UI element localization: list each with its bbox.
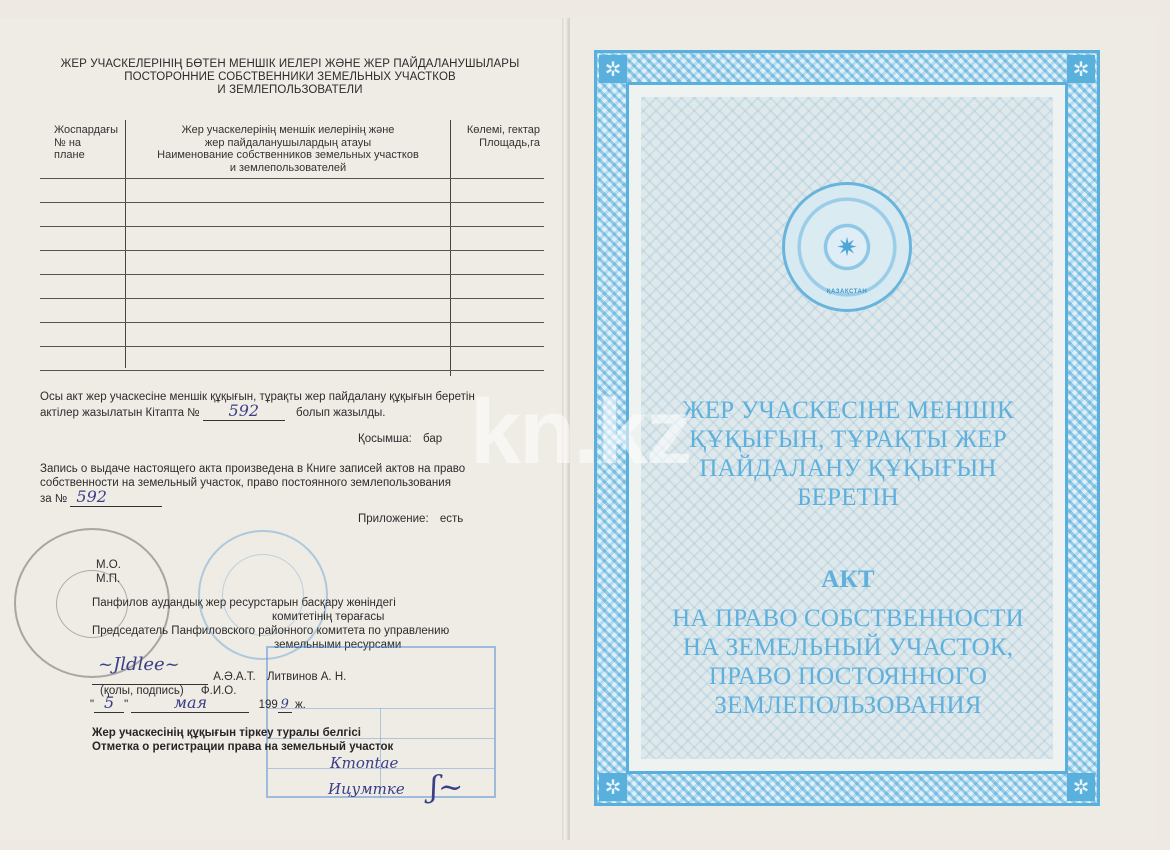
date-year-prefix: 199 <box>259 699 278 711</box>
ru-record-text: Запись о выдаче настоящего акта произвед… <box>40 462 465 507</box>
corner-ornament-icon <box>1067 773 1095 801</box>
ru-book-number: 592 <box>76 487 107 506</box>
table-row <box>40 370 544 371</box>
issue-date: "5" мая 1999 ж. <box>90 696 306 713</box>
header-text: и землепользователей <box>128 162 448 175</box>
seal-label-ru: М.П. <box>96 572 121 586</box>
header-divider <box>40 178 544 179</box>
owners-table: Жоспардағы № на плане Жер учаскелерінің … <box>40 120 544 378</box>
corner-ornament-icon <box>1067 55 1095 83</box>
ru-document-title: НА ПРАВО СОБСТВЕННОСТИ НА ЗЕМЕЛЬНЫЙ УЧАС… <box>640 604 1056 720</box>
table-row <box>40 226 544 227</box>
title-line-ru: ПОСТОРОННИЕ СОБСТВЕННИКИ ЗЕМЕЛЬНЫХ УЧАСТ… <box>40 71 540 84</box>
ru-record-prefix: за № <box>40 493 67 505</box>
registrar-signature: Кmontae <box>330 754 398 772</box>
kz-title-line: ҚҰҚЫҒЫН, ТҰРАҚТЫ ЖЕР <box>640 425 1056 454</box>
fio-label-kz: А.Ә.А.Т. <box>213 671 256 683</box>
date-month: мая <box>174 693 207 712</box>
table-row <box>40 298 544 299</box>
chairman-ru-line: Председатель Панфиловского районного ком… <box>92 624 492 638</box>
title-line-ru-2: И ЗЕМЛЕПОЛЬЗОВАТЕЛИ <box>40 84 540 97</box>
date-year-digit: 9 <box>281 697 289 712</box>
header-text: жер пайдаланушылардың атауы <box>128 137 448 150</box>
table-row <box>40 346 544 347</box>
header-text: плане <box>54 149 124 162</box>
kz-title-line: БЕРЕТІН <box>640 483 1056 512</box>
registration-ru: Отметка о регистрации права на земельный… <box>92 740 393 754</box>
table-row <box>40 322 544 323</box>
ru-title-line: НА ЗЕМЕЛЬНЫЙ УЧАСТОК, <box>640 633 1056 662</box>
kz-record-suffix: болып жазылды. <box>296 407 386 419</box>
signature-block: А.Ә.А.Т. Литвинов А. Н. <box>92 670 346 685</box>
kz-appendix-value: бар <box>423 433 442 445</box>
signature-line <box>92 670 208 685</box>
ru-appendix-value: есть <box>440 513 463 525</box>
kz-title-line: ЖЕР УЧАСКЕСІНЕ МЕНШІК <box>640 396 1056 425</box>
date-year-field: 9 <box>278 698 292 713</box>
registration-mark: Жер учаскесінің құқығын тіркеу туралы бе… <box>92 726 393 754</box>
date-day: 5 <box>104 693 114 712</box>
date-year-suffix: ж. <box>295 699 306 711</box>
kazakhstan-emblem-icon: ✷ ҚАЗАҚСТАН <box>782 182 912 312</box>
seal-label-kz: М.О. <box>96 558 121 572</box>
date-day-field: 5 <box>94 696 124 713</box>
header-text: № на <box>54 137 124 150</box>
column-header-owner-name: Жер учаскелерінің меншік иелерінің және … <box>128 124 448 174</box>
column-divider <box>450 120 451 376</box>
ru-title-line: НА ПРАВО СОБСТВЕННОСТИ <box>640 604 1056 633</box>
ru-title-line: ПРАВО ПОСТОЯННОГО <box>640 662 1056 691</box>
kz-document-title: ЖЕР УЧАСКЕСІНЕ МЕНШІК ҚҰҚЫҒЫН, ТҰРАҚТЫ Ж… <box>640 396 1056 512</box>
header-text: Жер учаскелерінің меншік иелерінің және <box>128 124 448 137</box>
kz-appendix: Қосымша: бар <box>358 432 442 446</box>
ru-book-number-field: 592 <box>70 490 162 507</box>
kz-record-prefix: актілер жазылатын Кітапта № <box>40 407 200 419</box>
ru-record-line-3: за № 592 <box>40 490 465 507</box>
shanyrak-icon: ✷ <box>836 234 858 260</box>
column-divider <box>125 120 126 368</box>
chairman-title: Панфилов аудандық жер ресурстарын басқар… <box>92 596 492 652</box>
ru-appendix: Приложение: есть <box>358 512 463 526</box>
chairman-kz-line: Панфилов аудандық жер ресурстарын басқар… <box>92 596 492 610</box>
chairman-kz-line: комитетінің төрағасы <box>92 610 492 624</box>
date-month-field: мая <box>131 696 249 713</box>
header-text: Көлемі, гектар <box>454 124 540 137</box>
kz-book-number: 592 <box>229 401 260 420</box>
column-header-plan-number: Жоспардағы № на плане <box>54 124 124 162</box>
registrar-signature-2: Ицумтке <box>328 780 405 798</box>
kz-appendix-label: Қосымша: <box>358 433 412 445</box>
seal-place-label: М.О. М.П. <box>96 558 121 586</box>
kz-record-text: Осы акт жер учаскесіне меншік құқығын, т… <box>40 390 475 421</box>
table-row <box>40 274 544 275</box>
kz-record-line-2: актілер жазылатын Кітапта № 592 болып жа… <box>40 404 475 421</box>
registration-kz: Жер учаскесінің құқығын тіркеу туралы бе… <box>92 726 393 740</box>
ru-record-line: Запись о выдаче настоящего акта произвед… <box>40 462 465 476</box>
document-type: АКТ <box>640 566 1056 594</box>
header-text: Жоспардағы <box>54 124 124 137</box>
column-header-area: Көлемі, гектар Площадь,га <box>454 124 544 149</box>
emblem-label: ҚАЗАҚСТАН <box>785 289 909 295</box>
header-text: Площадь,га <box>454 137 540 150</box>
header-text: Наименование собственников земельных уча… <box>128 149 448 162</box>
owners-section-title: ЖЕР УЧАСКЕЛЕРІНІҢ БӨТЕН МЕНШІК ИЕЛЕРІ ЖӘ… <box>40 58 540 97</box>
table-row <box>40 202 544 203</box>
ru-appendix-label: Приложение: <box>358 513 429 525</box>
corner-ornament-icon <box>599 773 627 801</box>
signatory-name: Литвинов А. Н. <box>267 671 346 683</box>
kz-title-line: ПАЙДАЛАНУ ҚҰҚЫҒЫН <box>640 454 1056 483</box>
table-row <box>40 250 544 251</box>
corner-ornament-icon <box>599 55 627 83</box>
large-signature: ʃ~ <box>430 770 463 805</box>
ru-title-line: ЗЕМЛЕПОЛЬЗОВАНИЯ <box>640 691 1056 720</box>
title-line-kz: ЖЕР УЧАСКЕЛЕРІНІҢ БӨТЕН МЕНШІК ИЕЛЕРІ ЖӘ… <box>40 58 540 71</box>
kz-book-number-field: 592 <box>203 404 285 421</box>
